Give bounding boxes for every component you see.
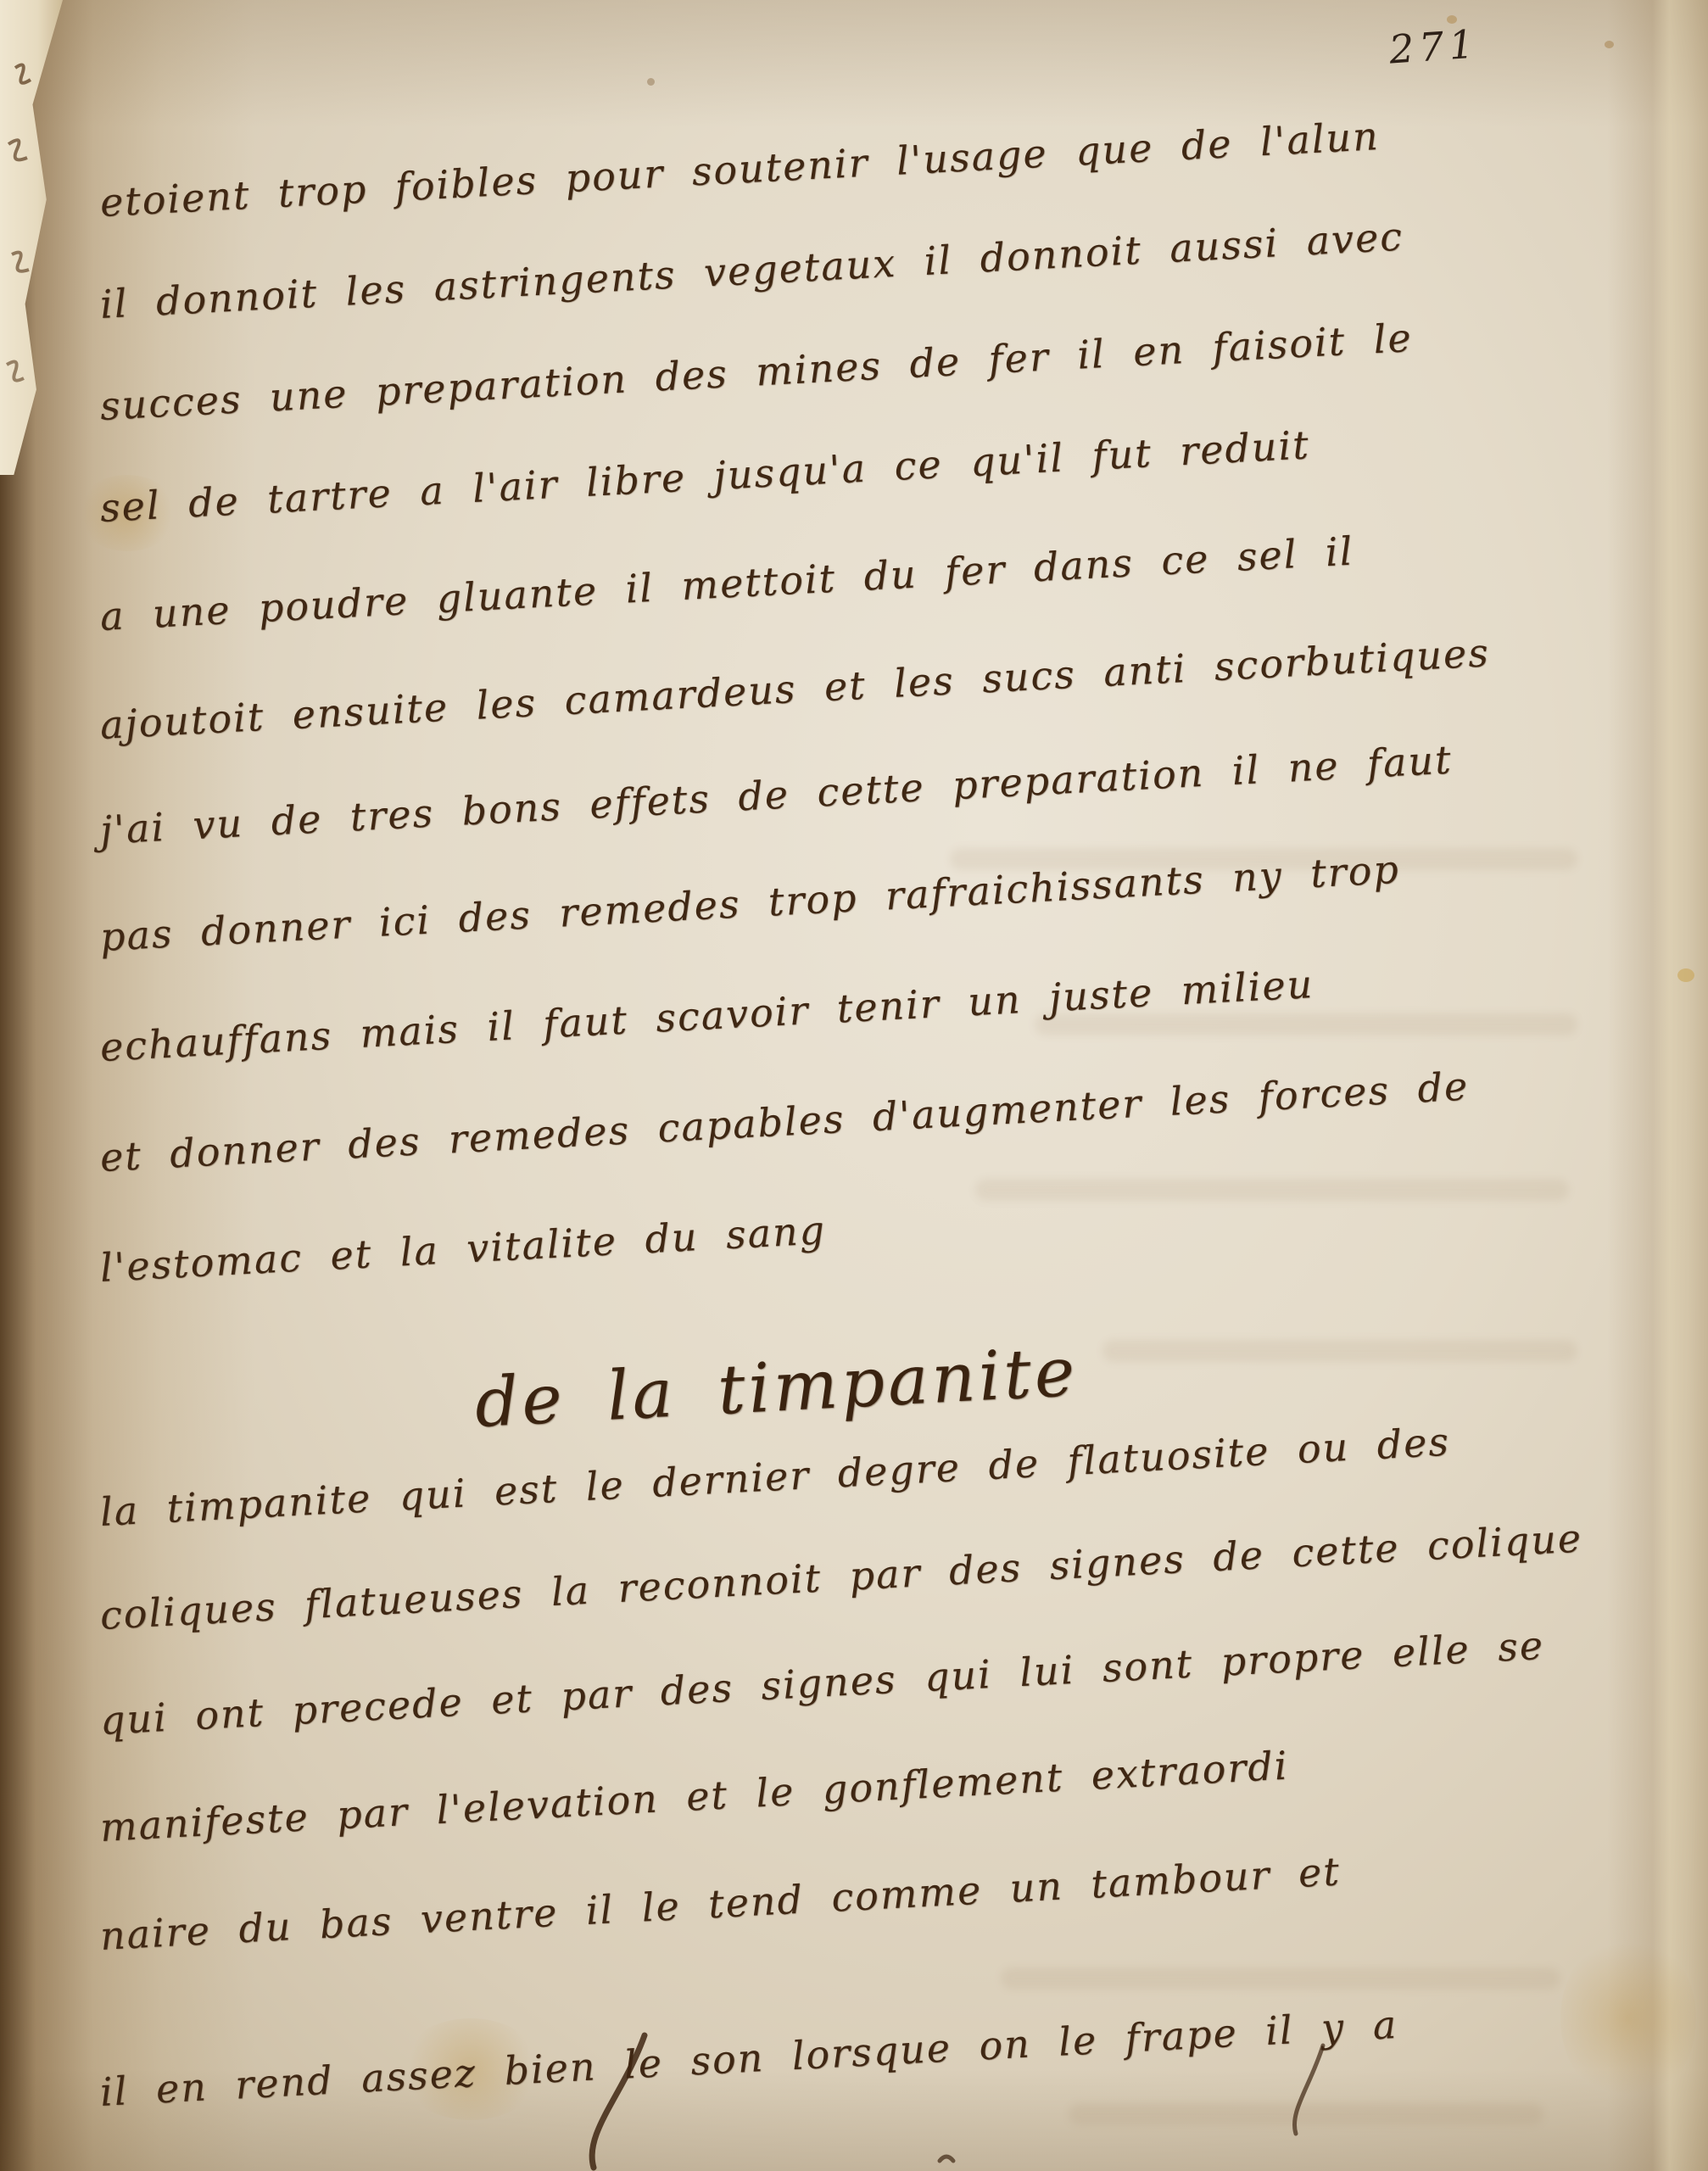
manuscript-page-photo: 271 etoient trop foibles pour soutenir l… <box>0 0 1708 2171</box>
ink-descender-flourish <box>0 0 1708 2171</box>
